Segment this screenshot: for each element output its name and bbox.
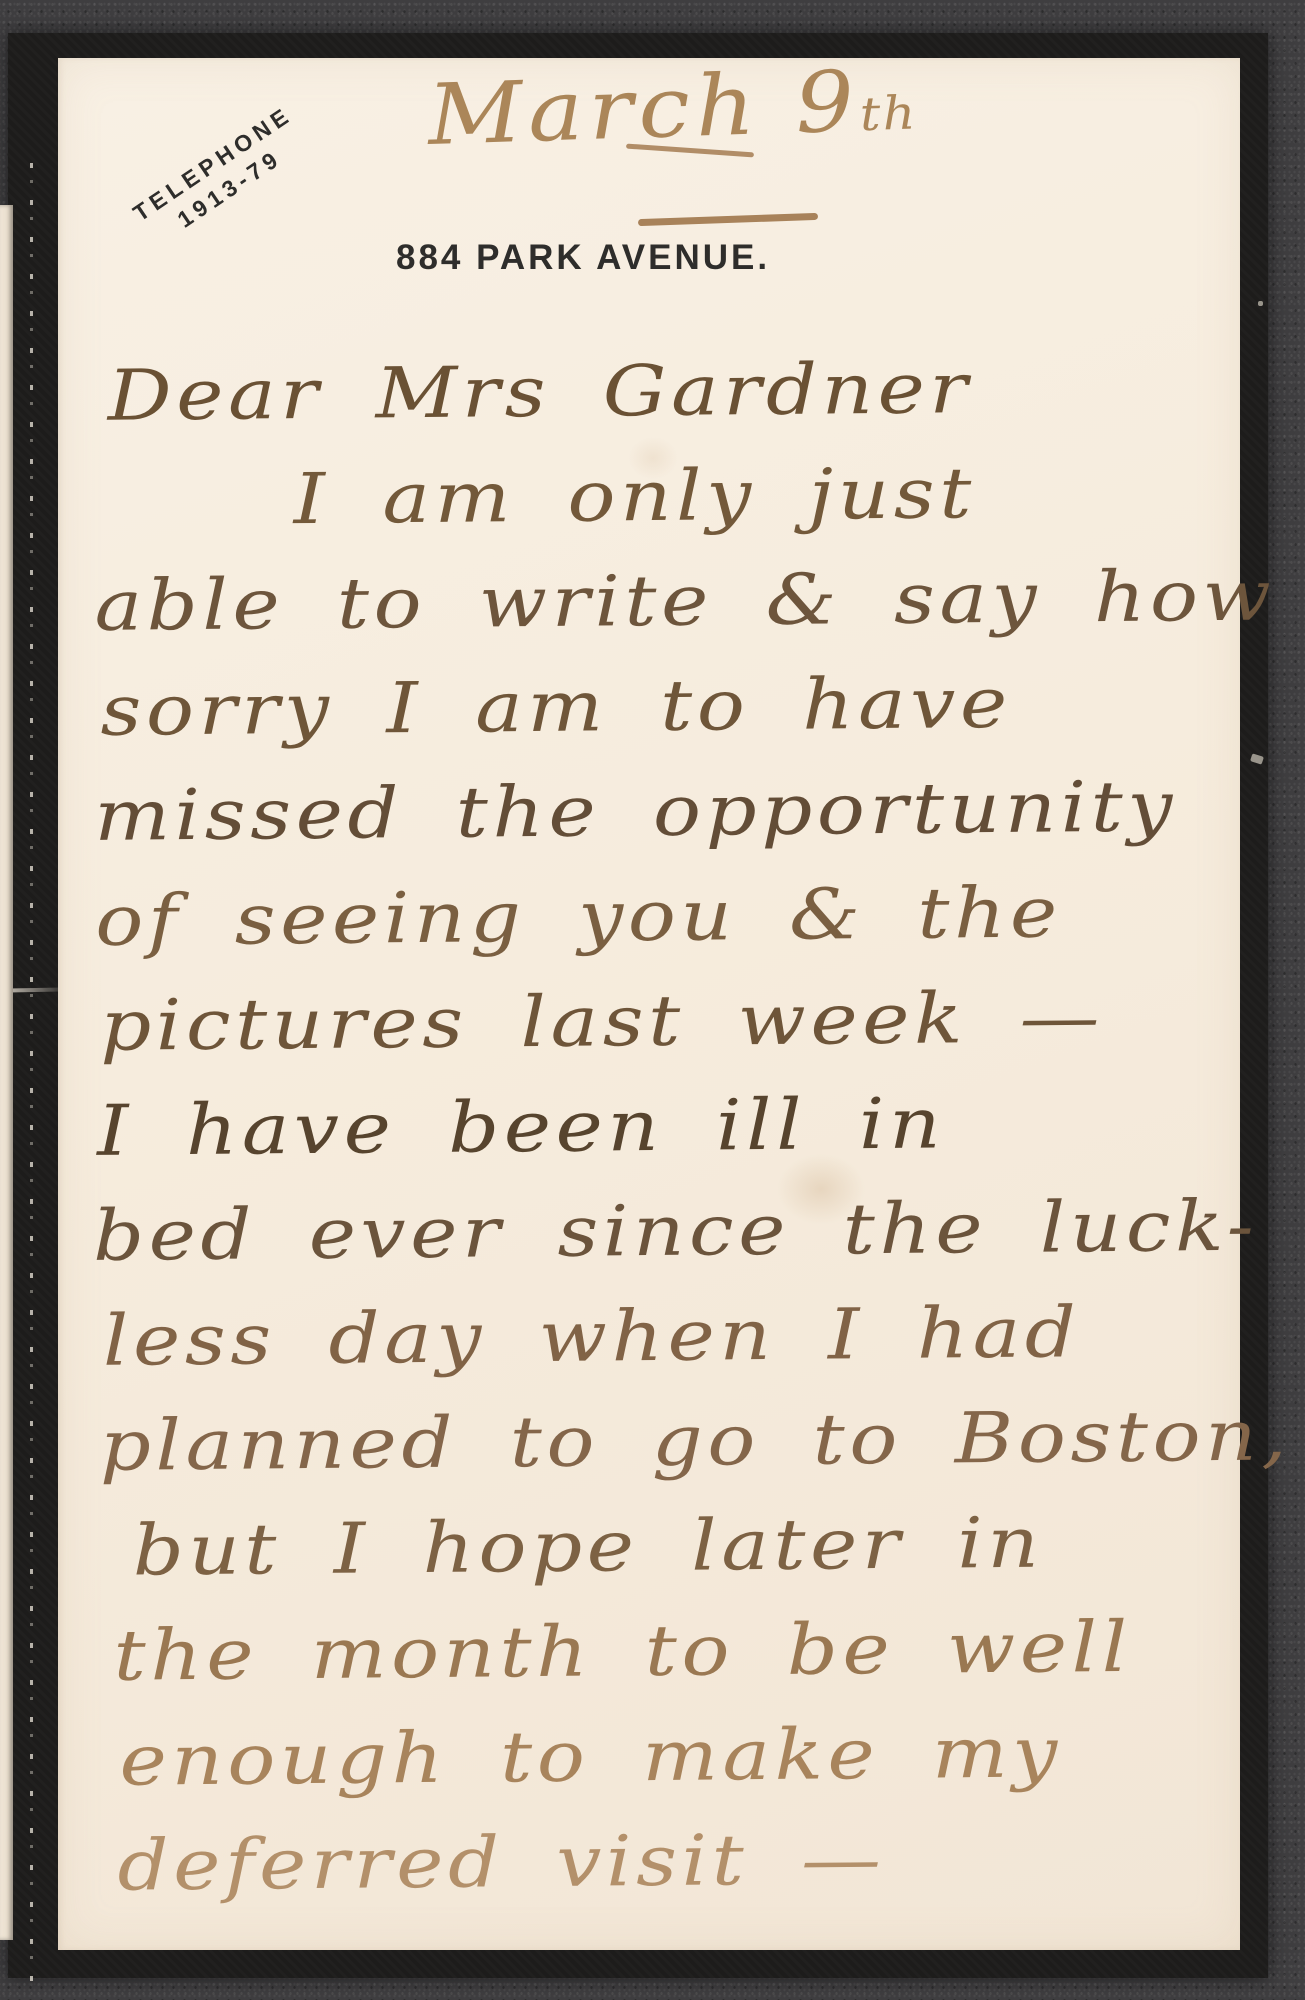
- black-folder-mat: TELEPHONE 1913-79 March 9th 884 PARK AVE…: [8, 33, 1268, 1978]
- handwritten-line: but I hope later in: [132, 1502, 1043, 1592]
- handwritten-line: bed ever since the luck-: [93, 1185, 1259, 1277]
- handwritten-line: I have been ill in: [97, 1082, 946, 1171]
- handwritten-line: I am only just: [293, 452, 976, 540]
- handwritten-line: the month to be well: [113, 1606, 1132, 1697]
- binding-perforation-seam: [30, 163, 33, 1983]
- folder-edge-nick: [1258, 301, 1263, 306]
- hinge-crease: [8, 988, 62, 993]
- handwritten-line: less day when I had: [103, 1291, 1081, 1382]
- handwritten-line: Dear Mrs Gardner: [107, 347, 972, 437]
- handwritten-line: pictures last week —: [100, 976, 1105, 1067]
- handwritten-line: sorry I am to have: [100, 662, 1012, 752]
- handwritten-line: enough to make my: [119, 1711, 1062, 1801]
- folder-edge-nick: [1250, 753, 1264, 764]
- letter-page: TELEPHONE 1913-79 March 9th 884 PARK AVE…: [58, 58, 1240, 1950]
- handwritten-line: missed the opportunity: [94, 765, 1177, 856]
- handwritten-line: deferred visit —: [117, 1818, 886, 1907]
- handwritten-line: of seeing you & the: [95, 871, 1062, 961]
- photo-background: TELEPHONE 1913-79 March 9th 884 PARK AVE…: [0, 0, 1305, 2000]
- letter-body: Dear Mrs Gardner I am only just able to …: [50, 53, 1248, 1955]
- handwritten-line: able to write & say how: [94, 555, 1276, 647]
- adjacent-page-edge: [0, 205, 13, 1940]
- handwritten-line: planned to go to Boston,: [99, 1394, 1291, 1486]
